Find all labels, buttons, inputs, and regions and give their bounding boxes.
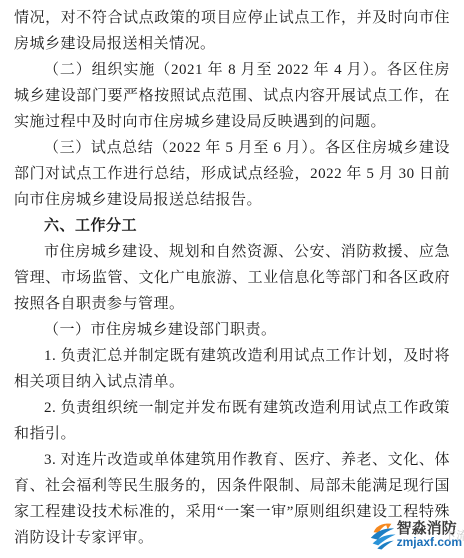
paragraph-continuation: 情况，对不符合试点政策的项目应停止试点工作，并及时向市住房城乡建设局报送相关情况… <box>14 5 450 57</box>
watermark: 智淼消防 zmjaxf.com 下流 <box>367 520 462 550</box>
zhimiao-fire-logo-icon <box>367 520 397 550</box>
paragraph-housing-dept-duties: （一）市住房城乡建设部门职责。 <box>14 317 450 343</box>
section-heading-work-division: 六、工作分工 <box>14 213 450 239</box>
watermark-faint-text: 下流 <box>444 527 464 544</box>
paragraph-duty-2: 2. 负责组织统一制定并发布既有建筑改造利用试点工作政策和指引。 <box>14 395 450 447</box>
paragraph-pilot-summary: （三）试点总结（2022 年 5 月至 6 月）。各区住房城乡建设部门对试点工作… <box>14 135 450 213</box>
paragraph-departments: 市住房城乡建设、规划和自然资源、公安、消防救援、应急管理、市场监管、文化广电旅游… <box>14 239 450 317</box>
paragraph-duty-1: 1. 负责汇总并制定既有建筑改造利用试点工作计划，及时将相关项目纳入试点清单。 <box>14 343 450 395</box>
paragraph-organize-implementation: （二）组织实施（2021 年 8 月至 2022 年 4 月）。各区住房城乡建设… <box>14 57 450 135</box>
document-page: 情况，对不符合试点政策的项目应停止试点工作，并及时向市住房城乡建设局报送相关情况… <box>0 0 464 558</box>
